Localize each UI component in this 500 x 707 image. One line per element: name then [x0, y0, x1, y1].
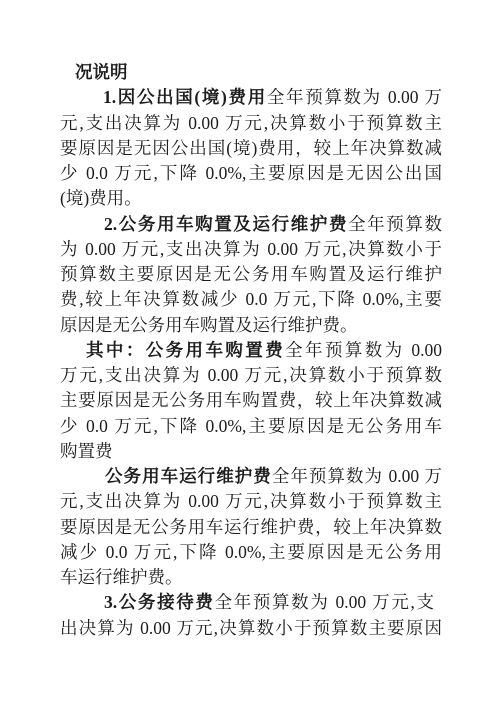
bold-text-segment: 其中：公务用车购置费: [86, 340, 285, 360]
text-line: 况说明: [60, 60, 442, 85]
text-line: 购置费: [60, 439, 442, 464]
bold-text-segment: 2.公务用车购置及运行维护费: [104, 214, 348, 234]
text-line: 3.公务接待费全年预算数为 0.00 万元,支: [60, 590, 442, 615]
text-line: 预算数主要原因是无公务用车购置及运行维护: [60, 262, 442, 287]
text-segment: 为 0.00 万元,支出决算为 0.00 万元,决算数小于: [60, 239, 442, 259]
text-segment: 全年预算数为 0.00 万: [272, 466, 442, 486]
text-segment: 购置费: [60, 441, 113, 461]
text-line: 出决算为 0.00 万元,决算数小于预算数主要原因: [60, 616, 442, 641]
text-line: 为 0.00 万元,支出决算为 0.00 万元,决算数小于: [60, 237, 442, 262]
text-line: 2.公务用车购置及运行维护费全年预算数: [60, 212, 442, 237]
text-segment: 出决算为 0.00 万元,决算数小于预算数主要原因: [60, 618, 442, 638]
text-line: 主要原因是无公务用车购置费，较上年决算数减: [60, 388, 442, 413]
text-line: 费,较上年决算数减少 0.0 万元,下降 0.0%,主要: [60, 287, 442, 312]
bold-text-segment: 公务用车运行维护费: [105, 466, 272, 486]
document-body: 况说明1.因公出国(境)费用全年预算数为 0.00 万元,支出决算为 0.00 …: [60, 60, 442, 641]
text-line: 原因是无公务用车购置及运行维护费。: [60, 313, 442, 338]
text-segment: 全年预算数: [348, 214, 442, 234]
text-segment: 全年预算数为 0.00: [285, 340, 442, 360]
text-line: 减少 0.0 万元,下降 0.0%,主要原因是无公务用: [60, 540, 442, 565]
text-line: 万元,支出决算为 0.00 万元,决算数小于预算数: [60, 363, 442, 388]
text-segment: (境)费用。: [60, 188, 142, 208]
text-line: 要原因是无公务用车运行维护费，较上年决算数: [60, 515, 442, 540]
text-line: (境)费用。: [60, 186, 442, 211]
text-segment: 万元,支出决算为 0.00 万元,决算数小于预算数: [60, 365, 442, 385]
text-segment: 全年预算数为 0.00 万: [267, 87, 442, 107]
text-segment: 要原因是无公务用车运行维护费，较上年决算数: [60, 517, 442, 537]
document-page: 况说明1.因公出国(境)费用全年预算数为 0.00 万元,支出决算为 0.00 …: [0, 0, 500, 707]
text-segment: 减少 0.0 万元,下降 0.0%,主要原因是无公务用: [60, 542, 442, 562]
text-line: 其中：公务用车购置费全年预算数为 0.00: [60, 338, 442, 363]
text-line: 元,支出决算为 0.00 万元,决算数小于预算数主: [60, 489, 442, 514]
bold-text-segment: 1.因公出国(境)费用: [103, 87, 267, 107]
text-segment: 少 0.0 万元,下降 0.0%,主要原因是无因公出国: [60, 163, 442, 183]
text-segment: 少 0.0 万元,下降 0.0%,主要原因是无公务用车: [60, 416, 442, 436]
text-line: 要原因是无因公出国(境)费用，较上年决算数减: [60, 136, 442, 161]
text-line: 少 0.0 万元,下降 0.0%,主要原因是无公务用车: [60, 414, 442, 439]
text-line: 1.因公出国(境)费用全年预算数为 0.00 万: [60, 85, 442, 110]
bold-text-segment: 况说明: [75, 62, 128, 82]
text-segment: 主要原因是无公务用车购置费，较上年决算数减: [60, 390, 442, 410]
text-segment: 全年预算数为 0.00 万元,支: [215, 592, 434, 612]
text-segment: 元,支出决算为 0.00 万元,决算数小于预算数主: [60, 113, 442, 133]
text-segment: 原因是无公务用车购置及运行维护费。: [60, 315, 358, 335]
text-segment: 车运行维护费。: [60, 567, 183, 587]
text-line: 元,支出决算为 0.00 万元,决算数小于预算数主: [60, 111, 442, 136]
text-segment: 费,较上年决算数减少 0.0 万元,下降 0.0%,主要: [60, 289, 442, 309]
text-line: 公务用车运行维护费全年预算数为 0.00 万: [60, 464, 442, 489]
text-segment: 要原因是无因公出国(境)费用，较上年决算数减: [60, 138, 442, 158]
bold-text-segment: 3.公务接待费: [104, 592, 215, 612]
text-line: 车运行维护费。: [60, 565, 442, 590]
text-segment: 元,支出决算为 0.00 万元,决算数小于预算数主: [60, 491, 442, 511]
text-line: 少 0.0 万元,下降 0.0%,主要原因是无因公出国: [60, 161, 442, 186]
text-segment: 预算数主要原因是无公务用车购置及运行维护: [60, 264, 442, 284]
